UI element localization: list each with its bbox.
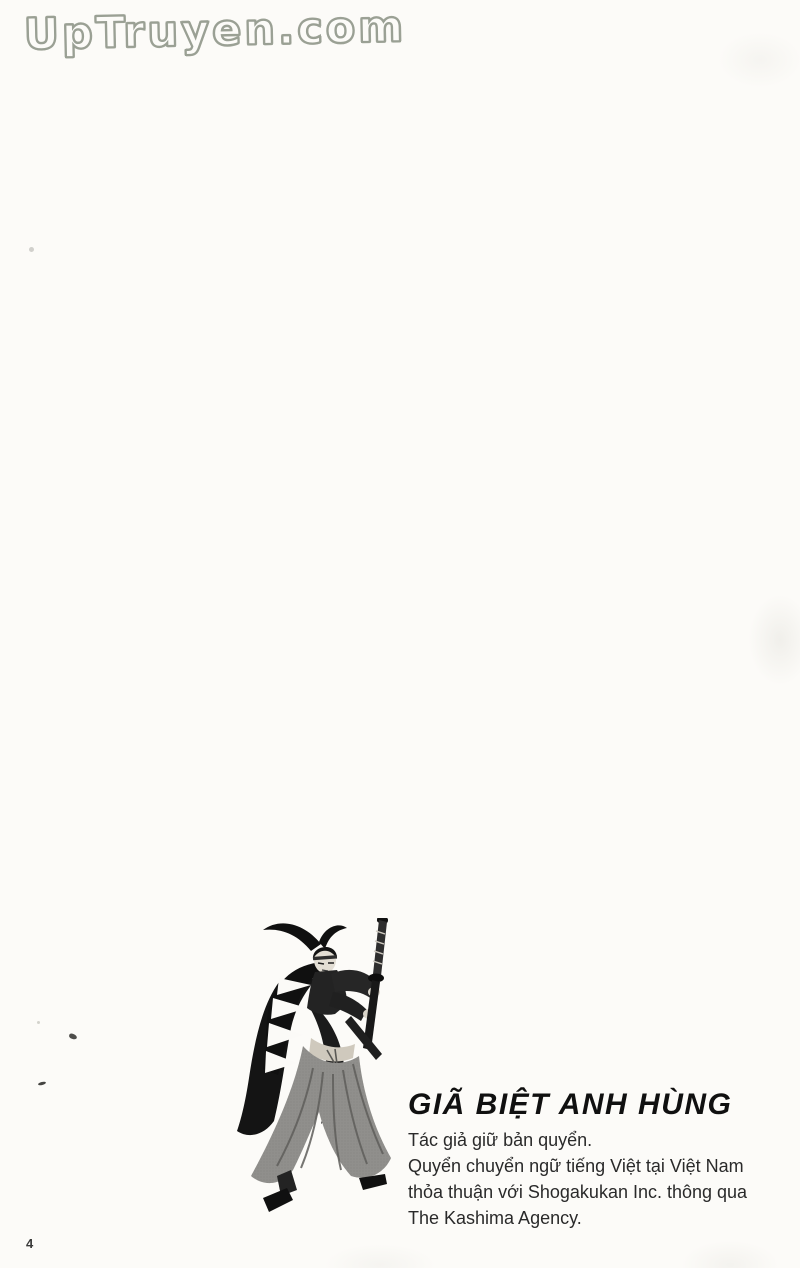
chapter-title: GIÃ BIỆT ANH HÙNG [408,1088,788,1122]
scan-speck [68,1033,77,1040]
copyright-line: Tác giả giữ bản quyển. [408,1127,788,1153]
colophon-block: GIÃ BIỆT ANH HÙNG Tác giả giữ bản quyển.… [408,1088,788,1231]
copyright-line: thỏa thuận với Shogakukan Inc. thông qua [408,1179,788,1205]
copyright-line: Quyển chuyển ngữ tiếng Việt tại Việt Nam [408,1153,788,1179]
scan-speck [37,1021,40,1024]
manga-page: UpTruyen.com [0,0,800,1268]
scan-speck [29,247,34,252]
page-number: 4 [26,1236,33,1251]
scan-speck [38,1081,46,1086]
watermark-logo: UpTruyen.com [24,2,407,60]
copyright-line: The Kashima Agency. [408,1205,788,1231]
samurai-illustration [233,918,405,1230]
